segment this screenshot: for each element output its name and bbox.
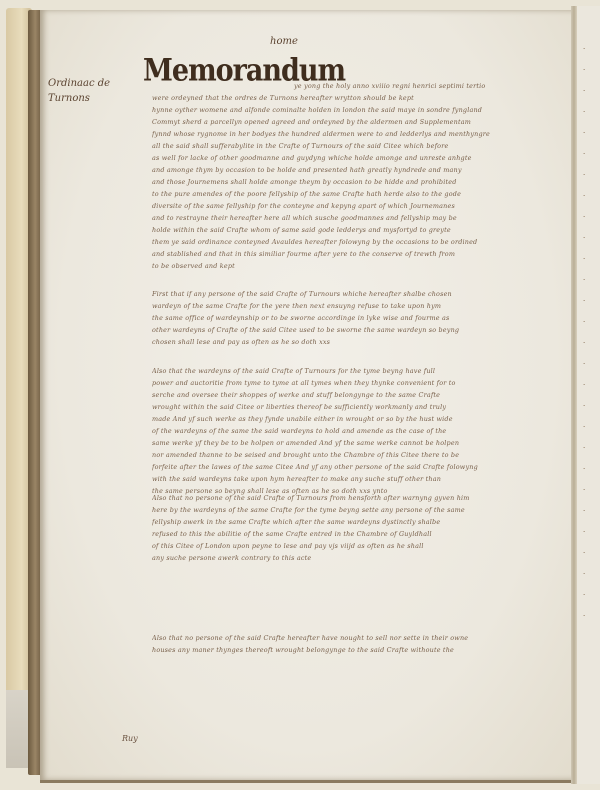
next-page-text-mark: · <box>583 130 589 136</box>
next-page-text-mark: · <box>583 445 589 451</box>
text-line: to be observed and kept <box>152 260 547 272</box>
text-line: as well for lacke of other goodmanne and… <box>152 152 547 164</box>
text-line: same werke yf they be to be holpen or am… <box>152 437 547 449</box>
next-page-edge: ···························· <box>577 6 600 784</box>
text-line: forfeite after the lawes of the same Cit… <box>152 461 547 473</box>
next-page-text-mark: · <box>583 193 589 199</box>
next-page-text-mark: · <box>583 613 589 619</box>
text-line: serche and oversee their shoppes of werk… <box>152 389 547 401</box>
next-page-text-mark: · <box>583 46 589 52</box>
text-line: fynnd whose rygnome in her bodyes the hu… <box>152 128 547 140</box>
marginal-note-line: Ordinaac de <box>48 76 143 91</box>
next-page-text-mark: · <box>583 319 589 325</box>
text-line: any suche persone awerk contrary to this… <box>152 552 547 564</box>
text-line: Also that no persone of the said Crafte … <box>152 492 547 504</box>
text-line: holde within the said Crafte whom of sam… <box>152 224 547 236</box>
text-line: houses any maner thynges thereoft wrough… <box>152 644 547 656</box>
text-line: fellyship awerk in the same Crafte which… <box>152 516 547 528</box>
next-page-text-mark: · <box>583 340 589 346</box>
next-page-text-mark: · <box>583 109 589 115</box>
text-line: and amonge thym by occasion to be holde … <box>152 164 547 176</box>
next-page-text-mark: · <box>583 550 589 556</box>
paragraph: ye yong the holy anno xviiio regni henri… <box>152 80 547 272</box>
next-page-text-mark: · <box>583 361 589 367</box>
text-line: diversite of the same fellyship for the … <box>152 200 547 212</box>
next-page-text-mark: · <box>583 487 589 493</box>
text-line: Also that no persone of the said Crafte … <box>152 632 547 644</box>
text-line: First that if any persone of the said Cr… <box>152 288 547 300</box>
text-line: of the wardeyns of the same the said war… <box>152 425 547 437</box>
marginal-note-line: Turnons <box>48 91 143 106</box>
text-line: of this Citee of London upon peyne to le… <box>152 540 547 552</box>
text-line: power and auctoritie from tyme to tyme a… <box>152 377 547 389</box>
bottom-note: Ruy <box>122 734 138 743</box>
text-line: to the pure amendes of the poore fellysh… <box>152 188 547 200</box>
text-line: other wardeyns of Crafte of the said Cit… <box>152 324 547 336</box>
next-page-text-mark: · <box>583 466 589 472</box>
next-page-text-mark: · <box>583 571 589 577</box>
text-line: the same office of wardeynship or to be … <box>152 312 547 324</box>
text-line: and those Journemens shall holde amonge … <box>152 176 547 188</box>
next-page-text-mark: · <box>583 298 589 304</box>
next-page-text-mark: · <box>583 508 589 514</box>
text-line: refused to this the abilitie of the same… <box>152 528 547 540</box>
next-page-text-mark: · <box>583 67 589 73</box>
text-line: nor amended thanne to be seised and brou… <box>152 449 547 461</box>
text-line: hynne oyther womene and alfonde cominalt… <box>152 104 547 116</box>
text-line: and stablished and that in this similiar… <box>152 248 547 260</box>
next-page-text-mark: · <box>583 403 589 409</box>
next-page-text-mark: · <box>583 382 589 388</box>
text-line: wardeyn of the same Crafte for the yere … <box>152 300 547 312</box>
paragraph: Also that no persone of the said Crafte … <box>152 492 547 564</box>
text-line: all the said shall sufferabylite in the … <box>152 140 547 152</box>
text-line: chosen shall lese and pay as often as he… <box>152 336 547 348</box>
text-line: were ordeyned that the ordres de Turnons… <box>152 92 547 104</box>
header-word: home <box>270 36 298 47</box>
next-page-text-mark: · <box>583 172 589 178</box>
text-line: with the said wardeyns take upon hym her… <box>152 473 547 485</box>
next-page-text-mark: · <box>583 256 589 262</box>
next-page-text-mark: · <box>583 235 589 241</box>
text-line: them ye said ordinance conteyned Avaulde… <box>152 236 547 248</box>
text-line: and to restrayne their hereafter here al… <box>152 212 547 224</box>
paragraph: First that if any persone of the said Cr… <box>152 288 547 348</box>
text-line: Commyt sherd a parcellyn opened agreed a… <box>152 116 547 128</box>
next-page-text-mark: · <box>583 592 589 598</box>
next-page-text-mark: · <box>583 277 589 283</box>
next-page-text-mark: · <box>583 214 589 220</box>
text-line: here by the wardeyns of the same Crafte … <box>152 504 547 516</box>
next-page-text-mark: · <box>583 151 589 157</box>
next-page-text-mark: · <box>583 529 589 535</box>
text-line: Also that the wardeyns of the said Craft… <box>152 365 547 377</box>
text-line: wrought within the said Citee or liberti… <box>152 401 547 413</box>
paragraph: Also that the wardeyns of the said Craft… <box>152 365 547 497</box>
next-page-text-mark: · <box>583 424 589 430</box>
paragraph: Also that no persone of the said Crafte … <box>152 632 547 656</box>
text-line: ye yong the holy anno xviiio regni henri… <box>152 80 547 92</box>
text-line: made And yf such werke as they fynde una… <box>152 413 547 425</box>
marginal-note: Ordinaac de Turnons <box>48 76 143 106</box>
next-page-text-mark: · <box>583 88 589 94</box>
